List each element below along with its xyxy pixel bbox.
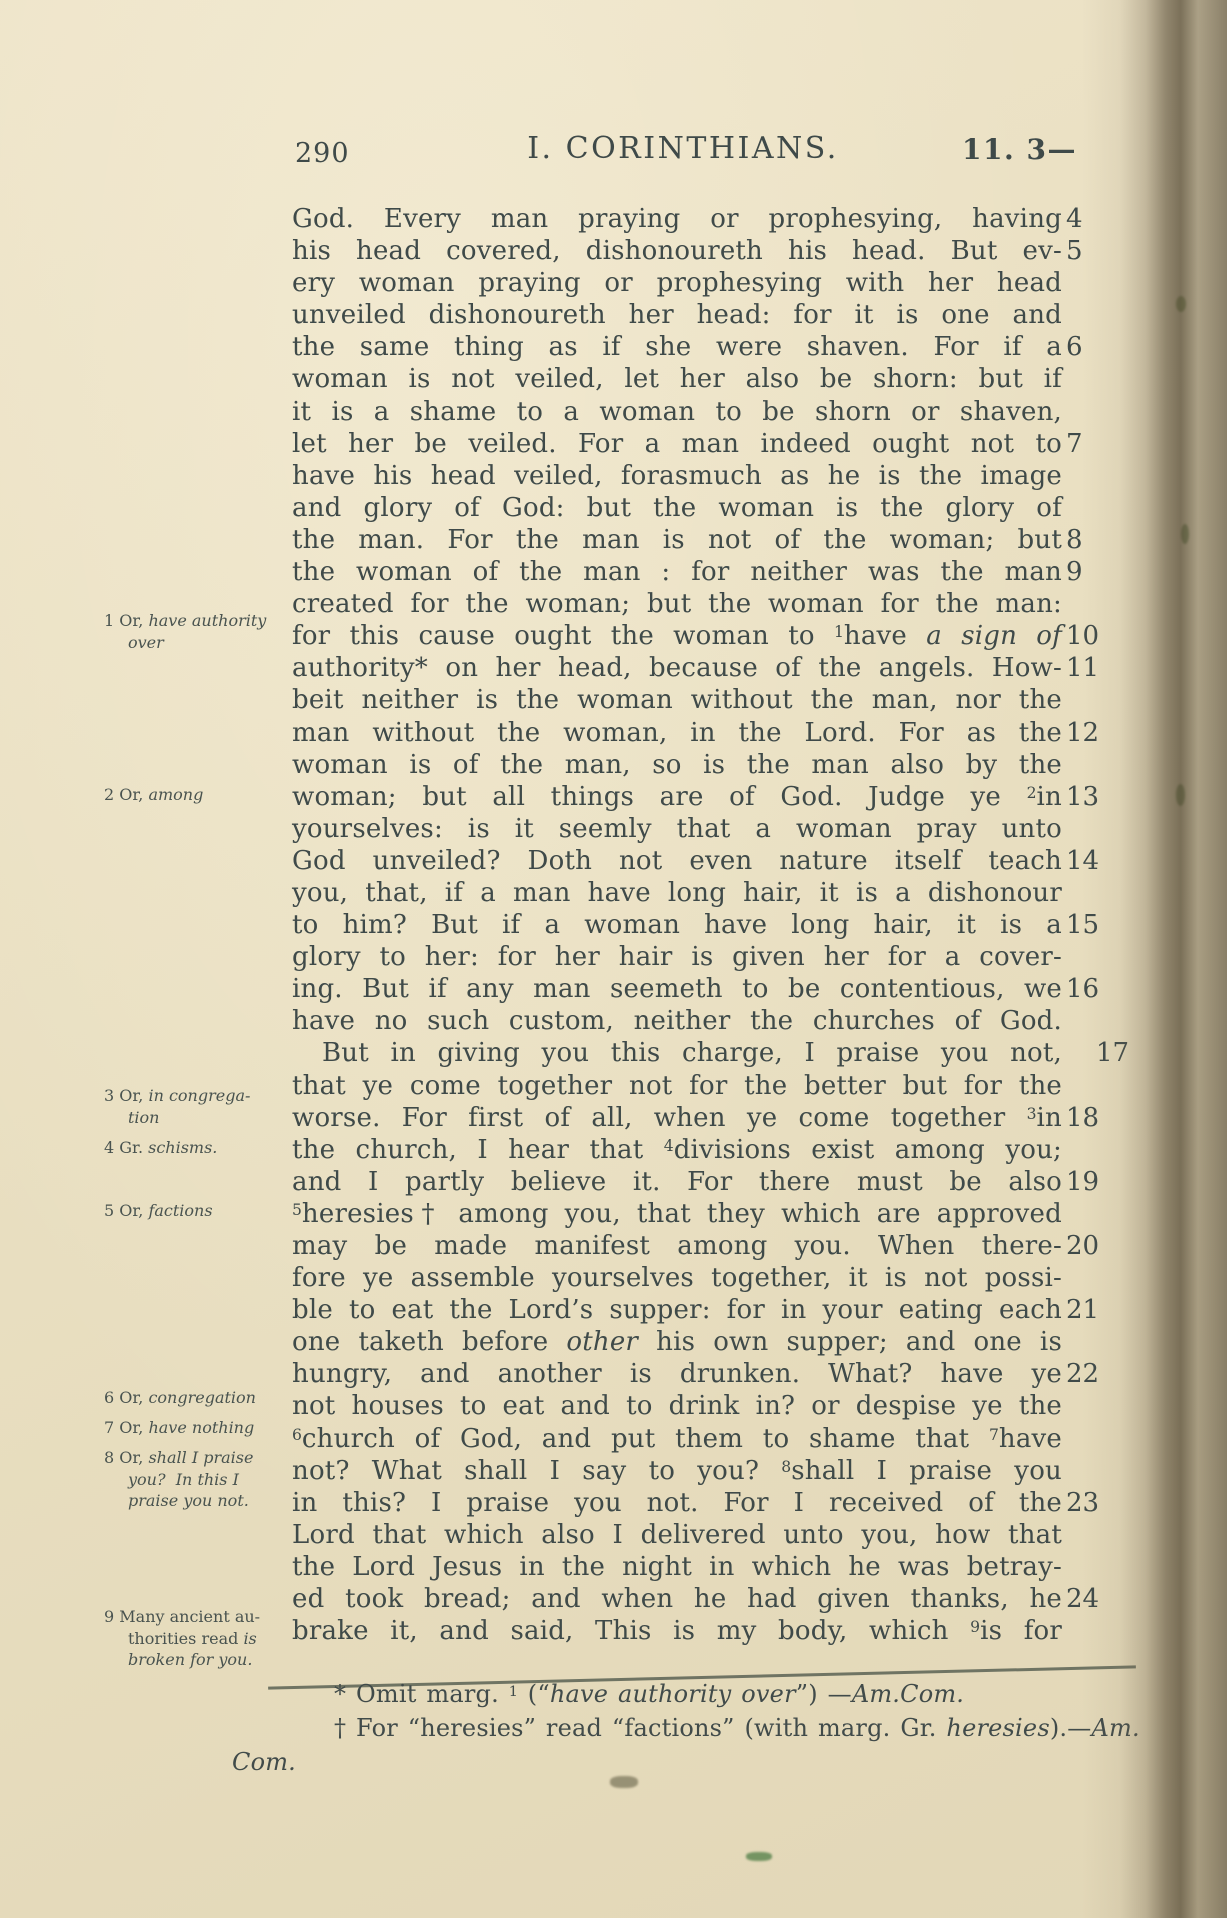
- scan-artifact-smudge: [610, 1776, 638, 1788]
- text-line: ed took bread; and when he had given tha…: [292, 1583, 1062, 1615]
- text-line: ble to eat the Lord’s supper: for in you…: [292, 1294, 1062, 1326]
- margin-note: 3 Or, in congrega- tion: [104, 1085, 318, 1128]
- text-line: the church, I hear that 4divisions exist…: [292, 1134, 1062, 1166]
- footnote: Com.: [232, 1748, 296, 1776]
- verse-number: 9: [1066, 556, 1122, 588]
- footnote: † For “heresies” read “factions” (with m…: [334, 1714, 1140, 1742]
- text-line: not? What shall I say to you? 8shall I p…: [292, 1455, 1062, 1487]
- scanned-book-page: 290 I. CORINTHIANS. 11. 3— God. Every ma…: [0, 0, 1227, 1918]
- running-head: I. CORINTHIANS.: [500, 131, 866, 166]
- text-line: God unveiled? Doth not even nature itsel…: [292, 845, 1062, 877]
- text-line: may be made manifest among you. When the…: [292, 1230, 1062, 1262]
- verse-number: 12: [1066, 717, 1122, 749]
- text-line: his head covered, dishonoureth his head.…: [292, 235, 1062, 267]
- verse-number: 22: [1066, 1358, 1122, 1390]
- text-line: the man. For the man is not of the woman…: [292, 524, 1062, 556]
- text-line: woman is not veiled, let her also be sho…: [292, 363, 1062, 395]
- verse-number: 8: [1066, 524, 1122, 556]
- text-line: woman; but all things are of God. Judge …: [292, 781, 1062, 813]
- text-line: fore ye assemble yourselves together, it…: [292, 1262, 1062, 1294]
- text-line: man without the woman, in the Lord. For …: [292, 717, 1062, 749]
- margin-note: 7 Or, have nothing: [104, 1417, 318, 1439]
- text-line: not houses to eat and to drink in? or de…: [292, 1390, 1062, 1422]
- scan-artifact-speck: [1176, 784, 1185, 806]
- text-line: and glory of God: but the woman is the g…: [292, 492, 1062, 524]
- text-line: Lord that which also I delivered unto yo…: [292, 1519, 1062, 1551]
- text-line: have no such custom, neither the churche…: [292, 1005, 1062, 1037]
- chapter-verse-ref: 11. 3—: [962, 133, 1077, 166]
- text-line: yourselves: is it seemly that a woman pr…: [292, 813, 1062, 845]
- margin-note: 9 Many ancient au- thorities read is bro…: [104, 1606, 318, 1671]
- verse-number: 19: [1066, 1166, 1122, 1198]
- scan-artifact-speck: [1176, 296, 1186, 312]
- verse-number: 16: [1066, 973, 1122, 1005]
- text-line: created for the woman; but the woman for…: [292, 588, 1062, 620]
- text-line: ery woman praying or prophesying with he…: [292, 267, 1062, 299]
- margin-note: 1 Or, have authority over: [104, 610, 318, 653]
- text-line: glory to her: for her hair is given her …: [292, 941, 1062, 973]
- verse-number: 14: [1066, 845, 1122, 877]
- text-line: the woman of the man : for neither was t…: [292, 556, 1062, 588]
- text-line: in this? I praise you not. For I receive…: [292, 1487, 1062, 1519]
- footnote: * Omit marg. 1 (“have authority over”) —…: [334, 1680, 964, 1708]
- text-line: hungry, and another is drunken. What? ha…: [292, 1358, 1062, 1390]
- page-edge-shadow: [1082, 0, 1227, 1918]
- text-line: let her be veiled. For a man indeed ough…: [292, 428, 1062, 460]
- text-line: one taketh before other his own supper; …: [292, 1326, 1062, 1358]
- verse-number: 20: [1066, 1230, 1122, 1262]
- text-line: the Lord Jesus in the night in which he …: [292, 1551, 1062, 1583]
- verse-number: 13: [1066, 781, 1122, 813]
- verse-number: 6: [1066, 331, 1122, 363]
- verse-number: 5: [1066, 235, 1122, 267]
- text-line: God. Every man praying or prophesying, h…: [292, 203, 1062, 235]
- text-line: it is a shame to a woman to be shorn or …: [292, 396, 1062, 428]
- verse-number: 23: [1066, 1487, 1122, 1519]
- margin-note: 8 Or, shall I praise you? In this I prai…: [104, 1447, 318, 1512]
- text-line: the same thing as if she were shaven. Fo…: [292, 331, 1062, 363]
- margin-note: 4 Gr. schisms.: [104, 1137, 318, 1159]
- text-line: and I partly believe it. For there must …: [292, 1166, 1062, 1198]
- text-line: ing. But if any man seemeth to be conten…: [292, 973, 1062, 1005]
- verse-number: 17: [1066, 1037, 1122, 1069]
- text-line: you, that, if a man have long hair, it i…: [292, 877, 1062, 909]
- verse-number: 10: [1066, 620, 1122, 652]
- scan-artifact-speck: [1181, 524, 1189, 544]
- text-line: unveiled dishonoureth her head: for it i…: [292, 299, 1062, 331]
- text-line: 6church of God, and put them to shame th…: [292, 1423, 1062, 1455]
- verse-number: 15: [1066, 909, 1122, 941]
- verse-number: 11: [1066, 652, 1122, 684]
- verse-number: 24: [1066, 1583, 1122, 1615]
- verse-number: 4: [1066, 203, 1122, 235]
- margin-note: 2 Or, among: [104, 784, 318, 806]
- text-line: for this cause ought the woman to 1have …: [292, 620, 1062, 652]
- text-line: worse. For first of all, when ye come to…: [292, 1102, 1062, 1134]
- margin-note: 5 Or, factions: [104, 1200, 318, 1222]
- verse-number: 21: [1066, 1294, 1122, 1326]
- text-line: brake it, and said, This is my body, whi…: [292, 1615, 1062, 1647]
- text-line: woman is of the man, so is the man also …: [292, 749, 1062, 781]
- verse-number: 18: [1066, 1102, 1122, 1134]
- text-line: 5heresies† among you, that they which ar…: [292, 1198, 1062, 1230]
- scan-artifact-mark: [746, 1852, 772, 1861]
- margin-note: 6 Or, congregation: [104, 1387, 318, 1409]
- text-line: to him? But if a woman have long hair, i…: [292, 909, 1062, 941]
- verse-number: 7: [1066, 428, 1122, 460]
- scripture-text-column: God. Every man praying or prophesying, h…: [292, 203, 1062, 1647]
- text-line: authority* on her head, because of the a…: [292, 652, 1062, 684]
- text-line: beit neither is the woman without the ma…: [292, 684, 1062, 716]
- text-line: But in giving you this charge, I praise …: [292, 1037, 1062, 1069]
- text-line: that ye come together not for the better…: [292, 1070, 1062, 1102]
- page-number: 290: [295, 138, 350, 169]
- text-line: have his head veiled, forasmuch as he is…: [292, 460, 1062, 492]
